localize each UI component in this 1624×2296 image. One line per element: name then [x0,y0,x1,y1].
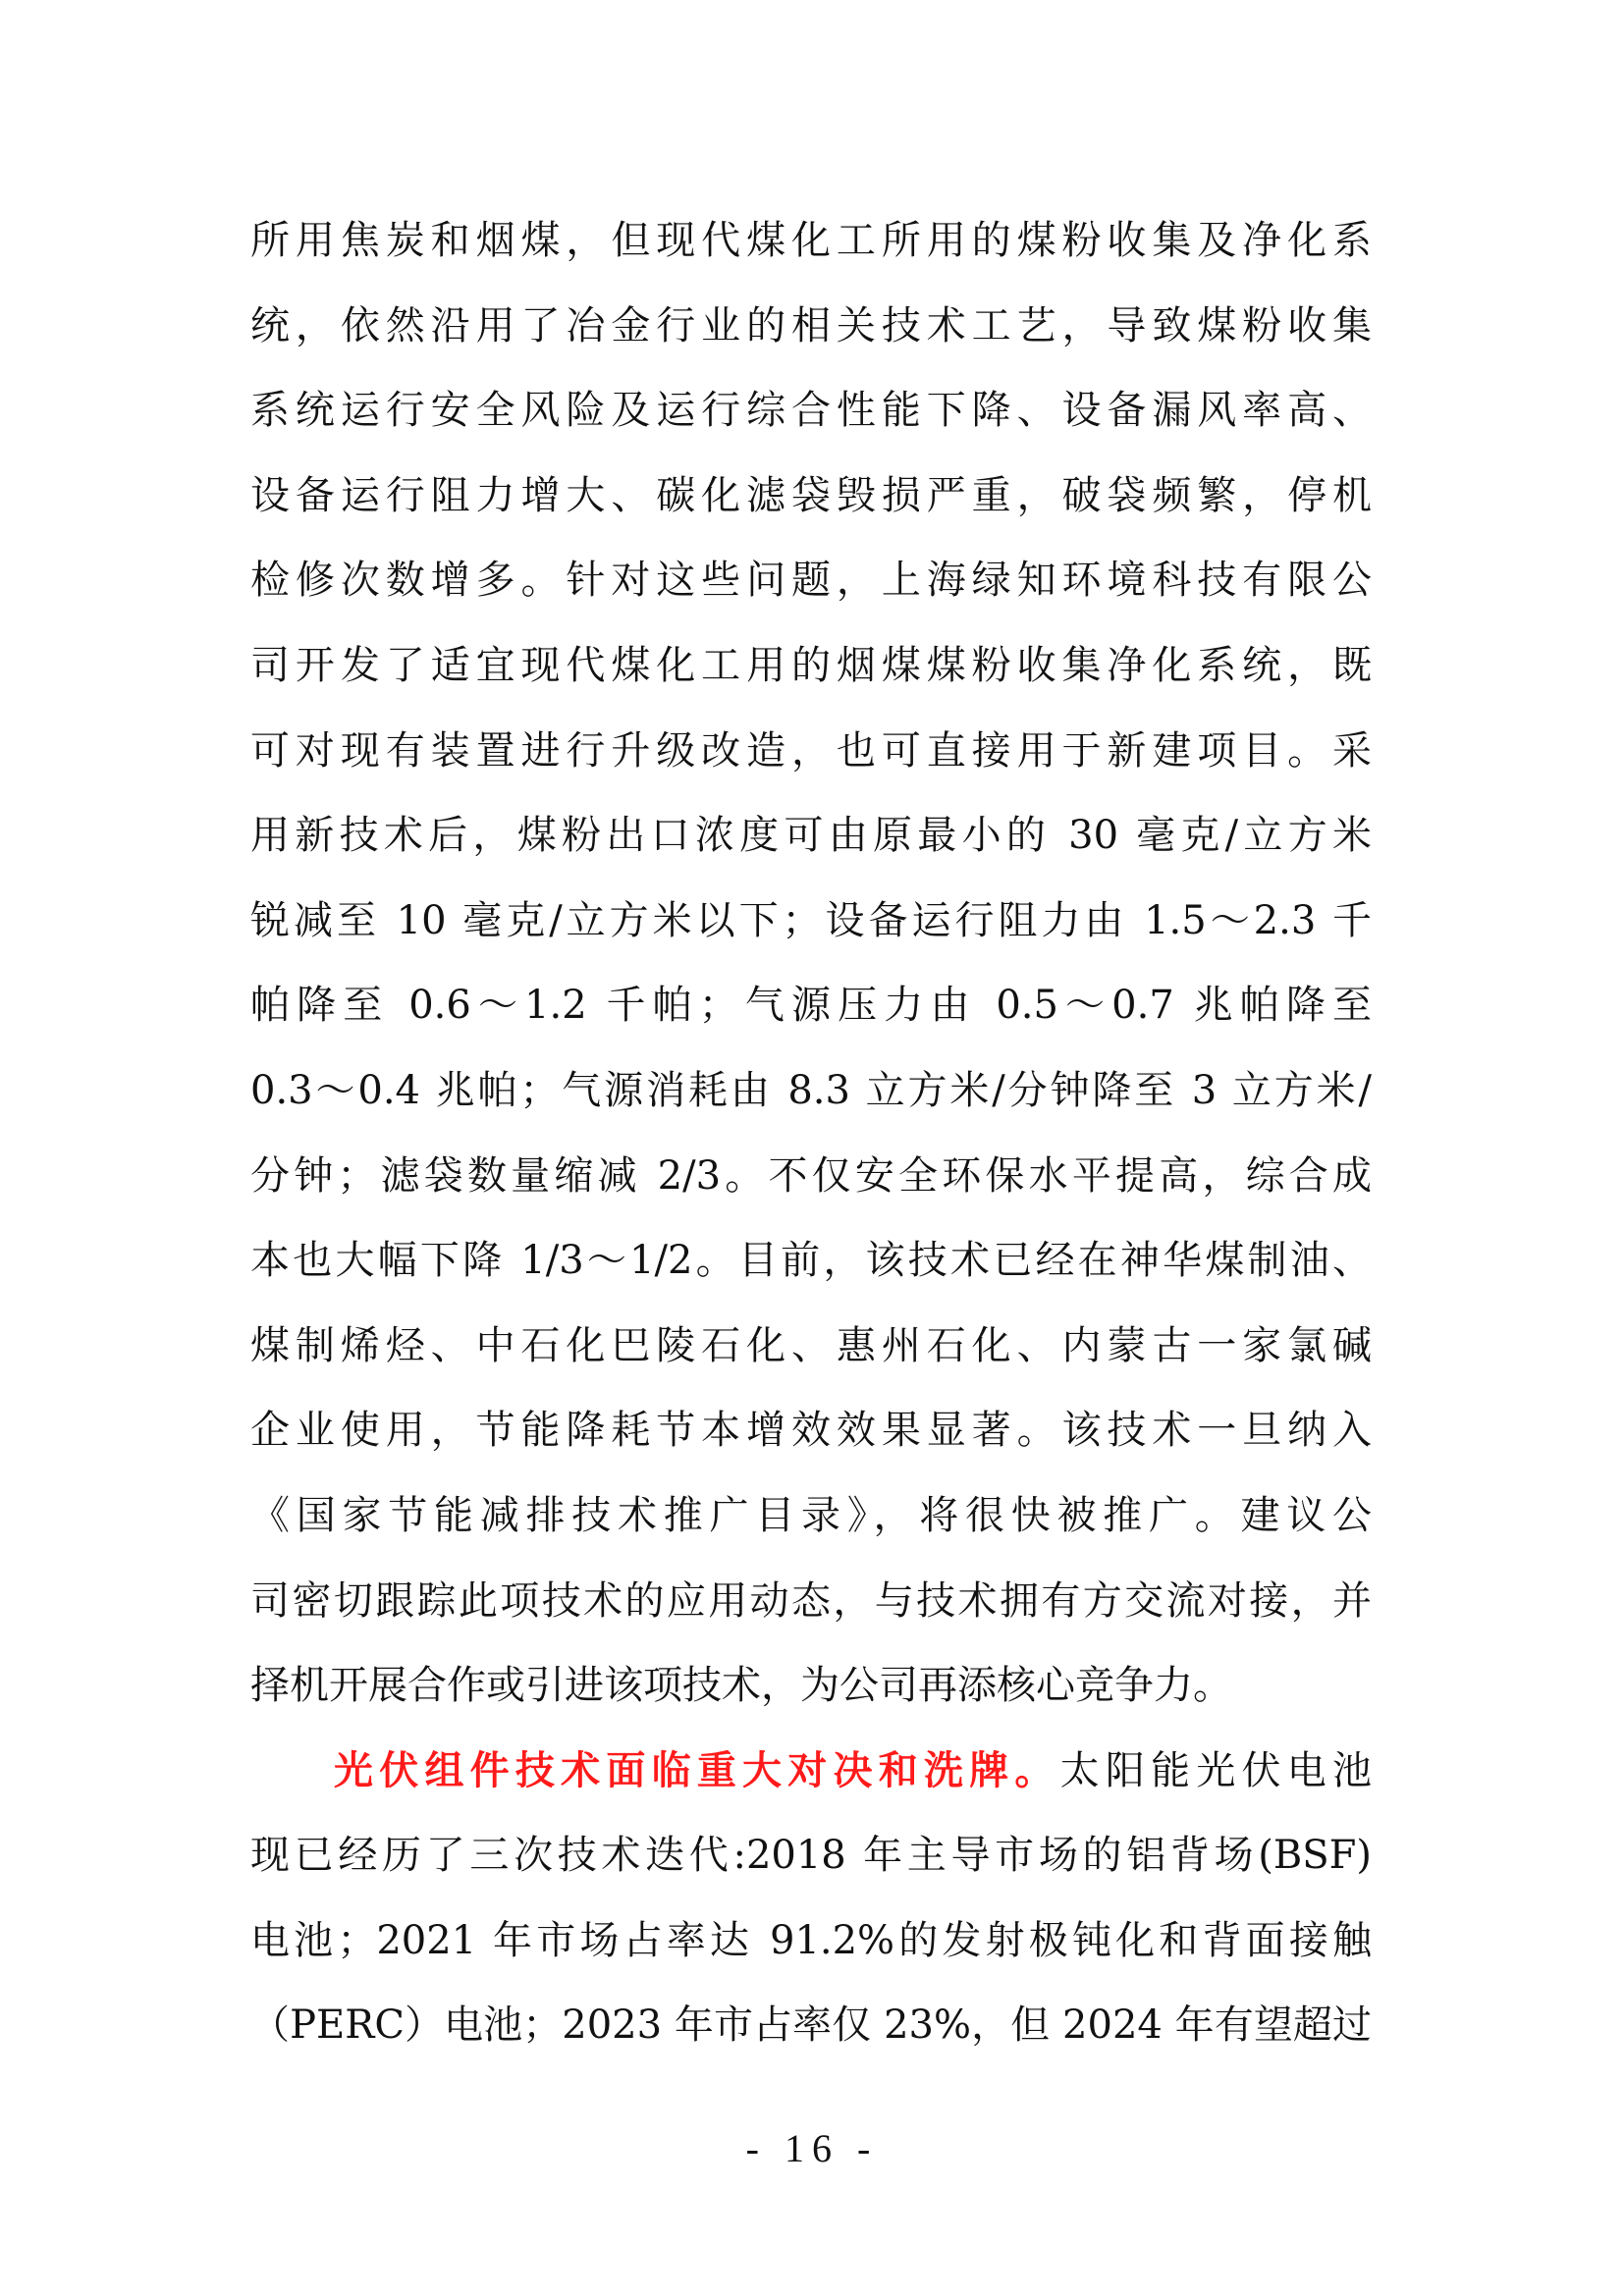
body-text-line: 帕降至 0.6～1.2 千帕；气源压力由 0.5～0.7 兆帕降至 [250,976,1372,1035]
body-text-line: 锐减至 10 毫克/立方米以下；设备运行阻力由 1.5～2.3 千 [250,891,1372,950]
body-text-run: 太阳能光伏电池 [1060,1748,1372,1793]
page-number: - 16 - [0,2125,1624,2171]
body-text-line: 所用焦炭和烟煤，但现代煤化工所用的煤粉收集及净化系 [250,211,1372,270]
document-page: 所用焦炭和烟煤，但现代煤化工所用的煤粉收集及净化系 统，依然沿用了冶金行业的相关… [0,0,1624,2296]
body-text-line: 司密切跟踪此项技术的应用动态，与技术拥有方交流对接，并 [250,1572,1372,1630]
body-text-line: 司开发了适宜现代煤化工用的烟煤煤粉收集净化系统，既 [250,636,1372,695]
body-text-line: 系统运行安全风险及运行综合性能下降、设备漏风率高、 [250,381,1372,440]
body-text-line: 《国家节能减排技术推广目录》，将很快被推广。建议公 [250,1486,1372,1545]
body-text-line: 0.3～0.4 兆帕；气源消耗由 8.3 立方米/分钟降至 3 立方米/ [250,1061,1372,1120]
section-heading-red: 光伏组件技术面临重大对决和洗牌。 [334,1747,1060,1793]
body-text-line: 设备运行阻力增大、碳化滤袋毁损严重，破袋频繁，停机 [250,466,1372,525]
body-text-line: 煤制烯烃、中石化巴陵石化、惠州石化、内蒙古一家氯碱 [250,1316,1372,1375]
body-text-line: 电池；2021 年市场占率达 91.2%的发射极钝化和背面接触 [250,1911,1372,1970]
body-text-line: 检修次数增多。针对这些问题，上海绿知环境科技有限公 [250,551,1372,610]
body-text-line: 统，依然沿用了冶金行业的相关技术工艺，导致煤粉收集 [250,296,1372,355]
body-text-line: （PERC）电池；2023 年市占率仅 23%，但 2024 年有望超过 [250,1996,1372,2055]
body-text-line: 分钟；滤袋数量缩减 2/3。不仅安全环保水平提高，综合成 [250,1147,1372,1205]
body-text-line: 择机开展合作或引进该项技术，为公司再添核心竞争力。 [250,1656,1372,1715]
body-text-line: 现已经历了三次技术迭代:2018 年主导市场的铝背场(BSF) [250,1826,1372,1885]
body-text-line: 本也大幅下降 1/3～1/2。目前，该技术已经在神华煤制油、 [250,1231,1372,1290]
body-text-line: 企业使用，节能降耗节本增效效果显著。该技术一旦纳入 [250,1401,1372,1460]
paragraph-2-first-line: 光伏组件技术面临重大对决和洗牌。太阳能光伏电池 [334,1741,1372,1800]
body-text-line: 可对现有装置进行升级改造，也可直接用于新建项目。采 [250,721,1372,780]
body-text-line: 用新技术后，煤粉出口浓度可由原最小的 30 毫克/立方米 [250,806,1372,865]
